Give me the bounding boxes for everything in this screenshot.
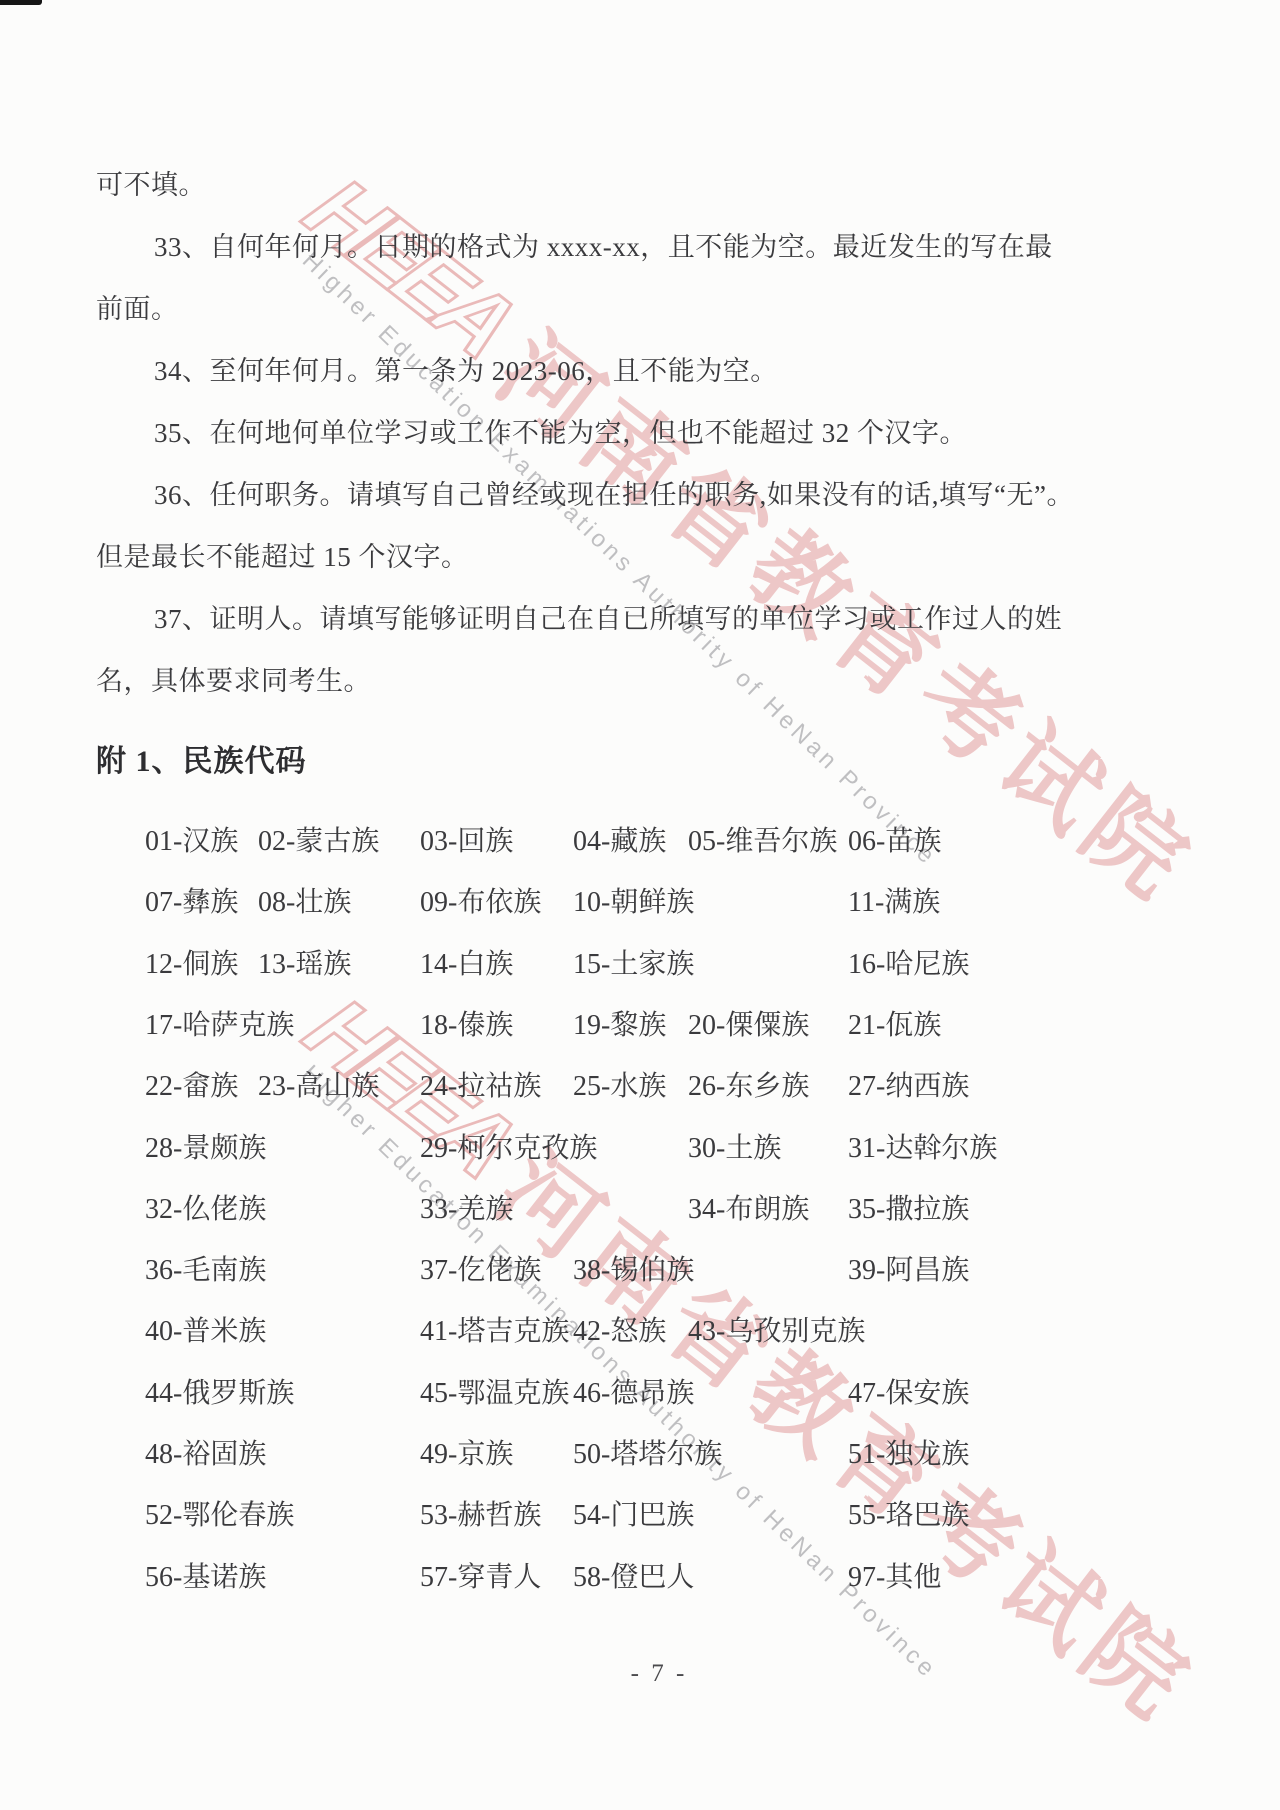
ethnic-code-item: 30-土族 [688, 1129, 781, 1169]
ethnic-code-item: 07-彝族 [145, 883, 238, 923]
ethnic-code-item: 22-畲族 [145, 1067, 238, 1107]
ethnic-code-item: 52-鄂伦春族 [145, 1496, 294, 1536]
ethnic-code-item: 13-瑶族 [258, 945, 351, 985]
ethnic-code-item: 10-朝鲜族 [573, 883, 694, 923]
ethnic-code-item: 26-东乡族 [688, 1067, 809, 1107]
ethnic-code-item: 55-珞巴族 [848, 1496, 969, 1536]
instruction-line: 前面。 [96, 289, 179, 329]
instruction-line: 34、至何年何月。第一条为 2023-06，且不能为空。 [154, 351, 778, 391]
ethnic-code-item: 53-赫哲族 [420, 1496, 541, 1536]
ethnic-code-item: 05-维吾尔族 [688, 822, 837, 862]
ethnic-code-item: 27-纳西族 [848, 1067, 969, 1107]
ethnic-code-item: 35-撒拉族 [848, 1190, 969, 1230]
ethnic-code-item: 21-佤族 [848, 1006, 941, 1046]
ethnic-code-item: 48-裕固族 [145, 1435, 266, 1475]
ethnic-code-item: 38-锡伯族 [573, 1251, 694, 1291]
scan-artifact [0, 0, 42, 5]
ethnic-code-item: 40-普米族 [145, 1312, 266, 1352]
instruction-line: 可不填。 [96, 165, 206, 205]
ethnic-code-item: 97-其他 [848, 1558, 941, 1598]
instruction-line: 但是最长不能超过 15 个汉字。 [96, 537, 469, 577]
ethnic-code-item: 25-水族 [573, 1067, 666, 1107]
ethnic-code-item: 33-羌族 [420, 1190, 513, 1230]
ethnic-code-item: 49-京族 [420, 1435, 513, 1475]
instruction-line: 33、自何年何月。日期的格式为 xxxx-xx，且不能为空。最近发生的写在最 [154, 227, 1053, 267]
ethnic-code-item: 31-达斡尔族 [848, 1129, 997, 1169]
ethnic-code-item: 58-僜巴人 [573, 1558, 694, 1598]
ethnic-code-item: 50-塔塔尔族 [573, 1435, 722, 1475]
instruction-line: 35、在何地何单位学习或工作不能为空，但也不能超过 32 个汉字。 [154, 413, 967, 453]
document-page: HEEA 河南省教育考试院 Higher Education Examinati… [0, 0, 1280, 1810]
ethnic-code-item: 47-保安族 [848, 1374, 969, 1414]
instruction-line: 37、证明人。请填写能够证明自己在自已所填写的单位学习或工作过人的姓 [154, 599, 1062, 639]
ethnic-code-item: 41-塔吉克族 [420, 1312, 569, 1352]
ethnic-code-item: 46-德昂族 [573, 1374, 694, 1414]
ethnic-code-item: 20-傈僳族 [688, 1006, 809, 1046]
ethnic-code-item: 03-回族 [420, 822, 513, 862]
ethnic-code-item: 14-白族 [420, 945, 513, 985]
ethnic-code-item: 34-布朗族 [688, 1190, 809, 1230]
instruction-line: 名，具体要求同考生。 [96, 661, 371, 701]
ethnic-code-item: 17-哈萨克族 [145, 1006, 294, 1046]
ethnic-code-item: 15-土家族 [573, 945, 694, 985]
instruction-line: 36、任何职务。请填写自己曾经或现在担任的职务,如果没有的话,填写“无”。 [154, 475, 1074, 515]
ethnic-code-item: 42-怒族 [573, 1312, 666, 1352]
ethnic-code-item: 23-高山族 [258, 1067, 379, 1107]
ethnic-code-item: 56-基诺族 [145, 1558, 266, 1598]
ethnic-code-item: 24-拉祜族 [420, 1067, 541, 1107]
ethnic-code-item: 51-独龙族 [848, 1435, 969, 1475]
appendix-heading: 附 1、民族代码 [96, 740, 307, 784]
ethnic-code-item: 11-满族 [848, 883, 940, 923]
ethnic-code-item: 32-仫佬族 [145, 1190, 266, 1230]
ethnic-code-item: 44-俄罗斯族 [145, 1374, 294, 1414]
ethnic-code-item: 06-苗族 [848, 822, 941, 862]
ethnic-code-item: 08-壮族 [258, 883, 351, 923]
ethnic-code-item: 19-黎族 [573, 1006, 666, 1046]
ethnic-code-item: 45-鄂温克族 [420, 1374, 569, 1414]
ethnic-code-item: 54-门巴族 [573, 1496, 694, 1536]
ethnic-code-item: 28-景颇族 [145, 1129, 266, 1169]
ethnic-code-item: 39-阿昌族 [848, 1251, 969, 1291]
page-number: - 7 - [0, 1660, 1280, 1688]
ethnic-code-item: 16-哈尼族 [848, 945, 969, 985]
ethnic-code-item: 29-柯尔克孜族 [420, 1129, 597, 1169]
ethnic-code-item: 57-穿青人 [420, 1558, 541, 1598]
ethnic-code-item: 01-汉族 [145, 822, 238, 862]
ethnic-code-item: 02-蒙古族 [258, 822, 379, 862]
ethnic-code-item: 09-布依族 [420, 883, 541, 923]
ethnic-code-item: 36-毛南族 [145, 1251, 266, 1291]
ethnic-code-item: 04-藏族 [573, 822, 666, 862]
ethnic-code-item: 18-傣族 [420, 1006, 513, 1046]
ethnic-code-item: 12-侗族 [145, 945, 238, 985]
ethnic-code-item: 43-乌孜别克族 [688, 1312, 865, 1352]
ethnic-code-item: 37-仡佬族 [420, 1251, 541, 1291]
